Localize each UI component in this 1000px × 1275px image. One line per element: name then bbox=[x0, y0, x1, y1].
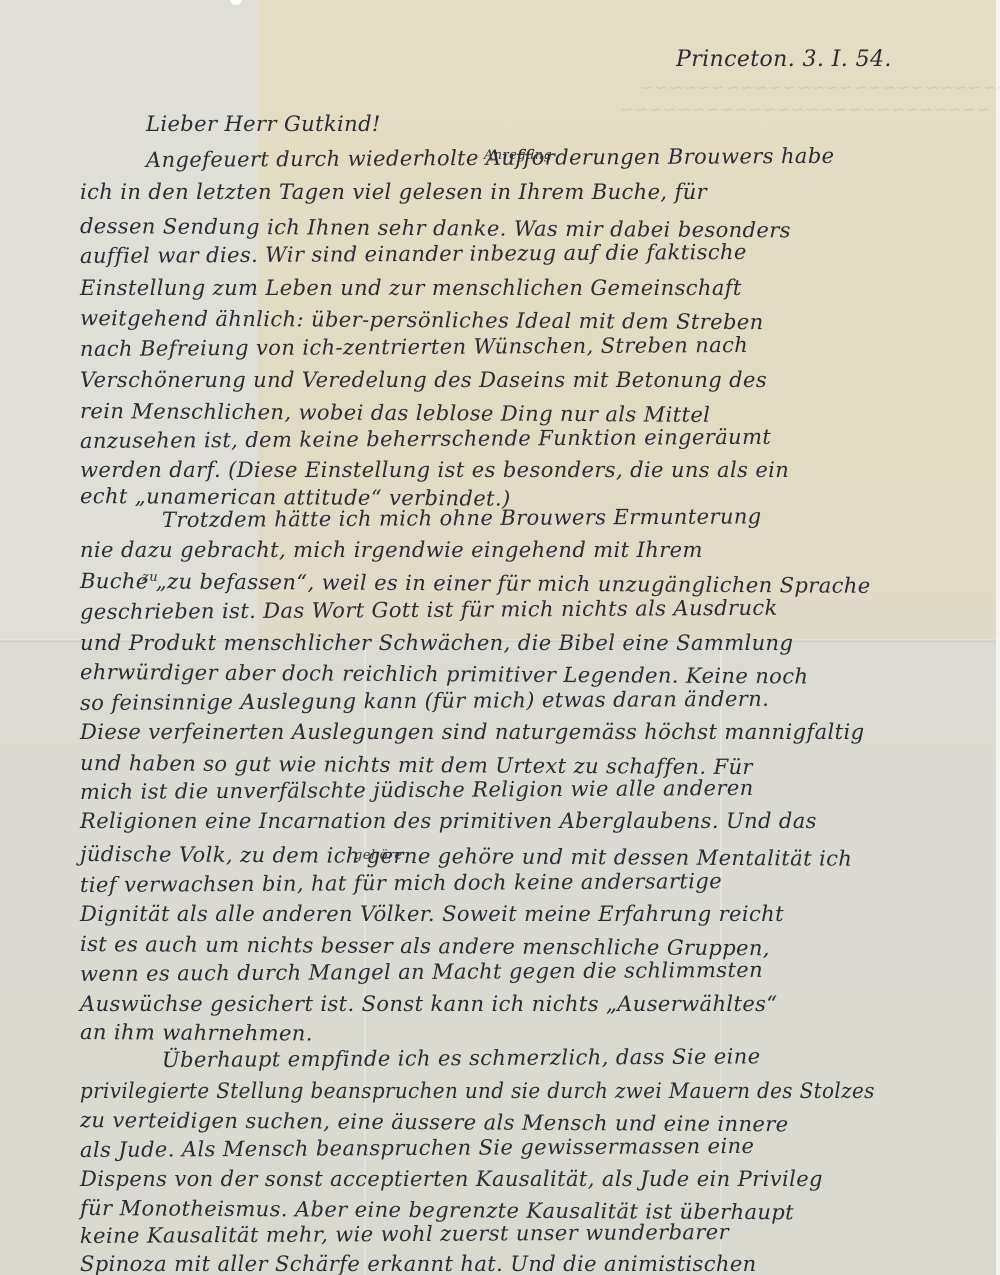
letter-line: so feinsinnige Auslegung kann (für mich)… bbox=[80, 687, 769, 715]
letter-line: Auswüchse gesichert ist. Sonst kann ich … bbox=[80, 992, 778, 1016]
letter-line: zu verteidigen suchen, eine äussere als … bbox=[80, 1108, 789, 1136]
page-edge bbox=[996, 0, 1000, 1275]
bleed-through-text: ~~~~~~~~~~~~~~~~~~~~~~~~~~ bbox=[620, 100, 990, 120]
letter-line: Buche „zu befassen“, weil es in einer fü… bbox=[80, 569, 871, 598]
letter-line: nach Befreiung von ich-zentrierten Wünsc… bbox=[80, 333, 748, 361]
letter-line: rein Menschlichen, wobei das leblose Din… bbox=[80, 399, 710, 427]
letter-line: Angefeuert durch wiederholte Aufforderun… bbox=[146, 144, 835, 172]
letter-line: an ihm wahrnehmen. bbox=[80, 1020, 313, 1045]
letter-line: Dignität als alle anderen Völker. Soweit… bbox=[80, 902, 784, 926]
letter-line: Diese verfeinerten Auslegungen sind natu… bbox=[80, 720, 864, 744]
letter-line: mich ist die unverfälschte jüdische Reli… bbox=[80, 776, 754, 804]
letter-line: geschrieben ist. Das Wort Gott ist für m… bbox=[80, 596, 778, 624]
letter-line: und haben so gut wie nichts mit dem Urte… bbox=[80, 751, 753, 779]
letter-line: wenn es auch durch Mangel an Macht gegen… bbox=[80, 958, 763, 986]
letter-line: Überhaupt empfinde ich es schmerzlich, d… bbox=[162, 1044, 761, 1072]
letter-line: Verschönerung und Veredelung des Daseins… bbox=[80, 368, 767, 392]
letter-line: Dispens von der sonst acceptierten Kausa… bbox=[80, 1167, 823, 1191]
letter-line: Religionen eine Incarnation des primitiv… bbox=[80, 809, 817, 833]
letter-line: auffiel war dies. Wir sind einander inbe… bbox=[80, 240, 747, 268]
letter-line: Spinoza mit aller Schärfe erkannt hat. U… bbox=[80, 1252, 757, 1275]
letter-line: und Produkt menschlicher Schwächen, die … bbox=[80, 631, 793, 655]
letter-line: ist es auch um nichts besser als andere … bbox=[80, 932, 770, 960]
letter-line: keine Kausalität mehr, wie wohl zuerst u… bbox=[80, 1220, 729, 1248]
letter-line: jüdische Volk, zu dem ich gerne gehöre u… bbox=[80, 842, 852, 871]
bleed-through-text: ~~~~~~~~~~~~~~~~~~~~~~~~~~~~ bbox=[640, 78, 1000, 98]
letter-line: anzusehen ist, dem keine beherrschende F… bbox=[80, 425, 771, 453]
letter-line: Einstellung zum Leben und zur menschlich… bbox=[80, 276, 742, 300]
letter-line: dessen Sendung ich Ihnen sehr danke. Was… bbox=[80, 214, 791, 242]
letter-line: ich in den letzten Tagen viel gelesen in… bbox=[80, 180, 707, 204]
letter-page: ~~~~~~~~~~~~~~~~~~~~~~~~~~~~ ~~~~~~~~~~~… bbox=[0, 0, 1000, 1275]
place-date: Princeton. 3. I. 54. bbox=[676, 47, 892, 72]
letter-line: privilegierte Stellung beanspruchen und … bbox=[80, 1079, 875, 1103]
letter-line: Trotzdem hätte ich mich ohne Brouwers Er… bbox=[162, 504, 762, 532]
letter-line: tief verwachsen bin, hat für mich doch k… bbox=[80, 869, 722, 897]
letter-line: werden darf. (Diese Einstellung ist es b… bbox=[80, 458, 789, 482]
letter-line: weitgehend ähnlich: über-persönliches Id… bbox=[80, 306, 764, 334]
letter-line: ehrwürdiger aber doch reichlich primitiv… bbox=[80, 660, 808, 688]
letter-line: nie dazu gebracht, mich irgendwie eingeh… bbox=[80, 538, 703, 562]
salutation: Lieber Herr Gutkind! bbox=[146, 112, 381, 136]
letter-line: als Jude. Als Mensch beanspruchen Sie ge… bbox=[80, 1134, 754, 1162]
